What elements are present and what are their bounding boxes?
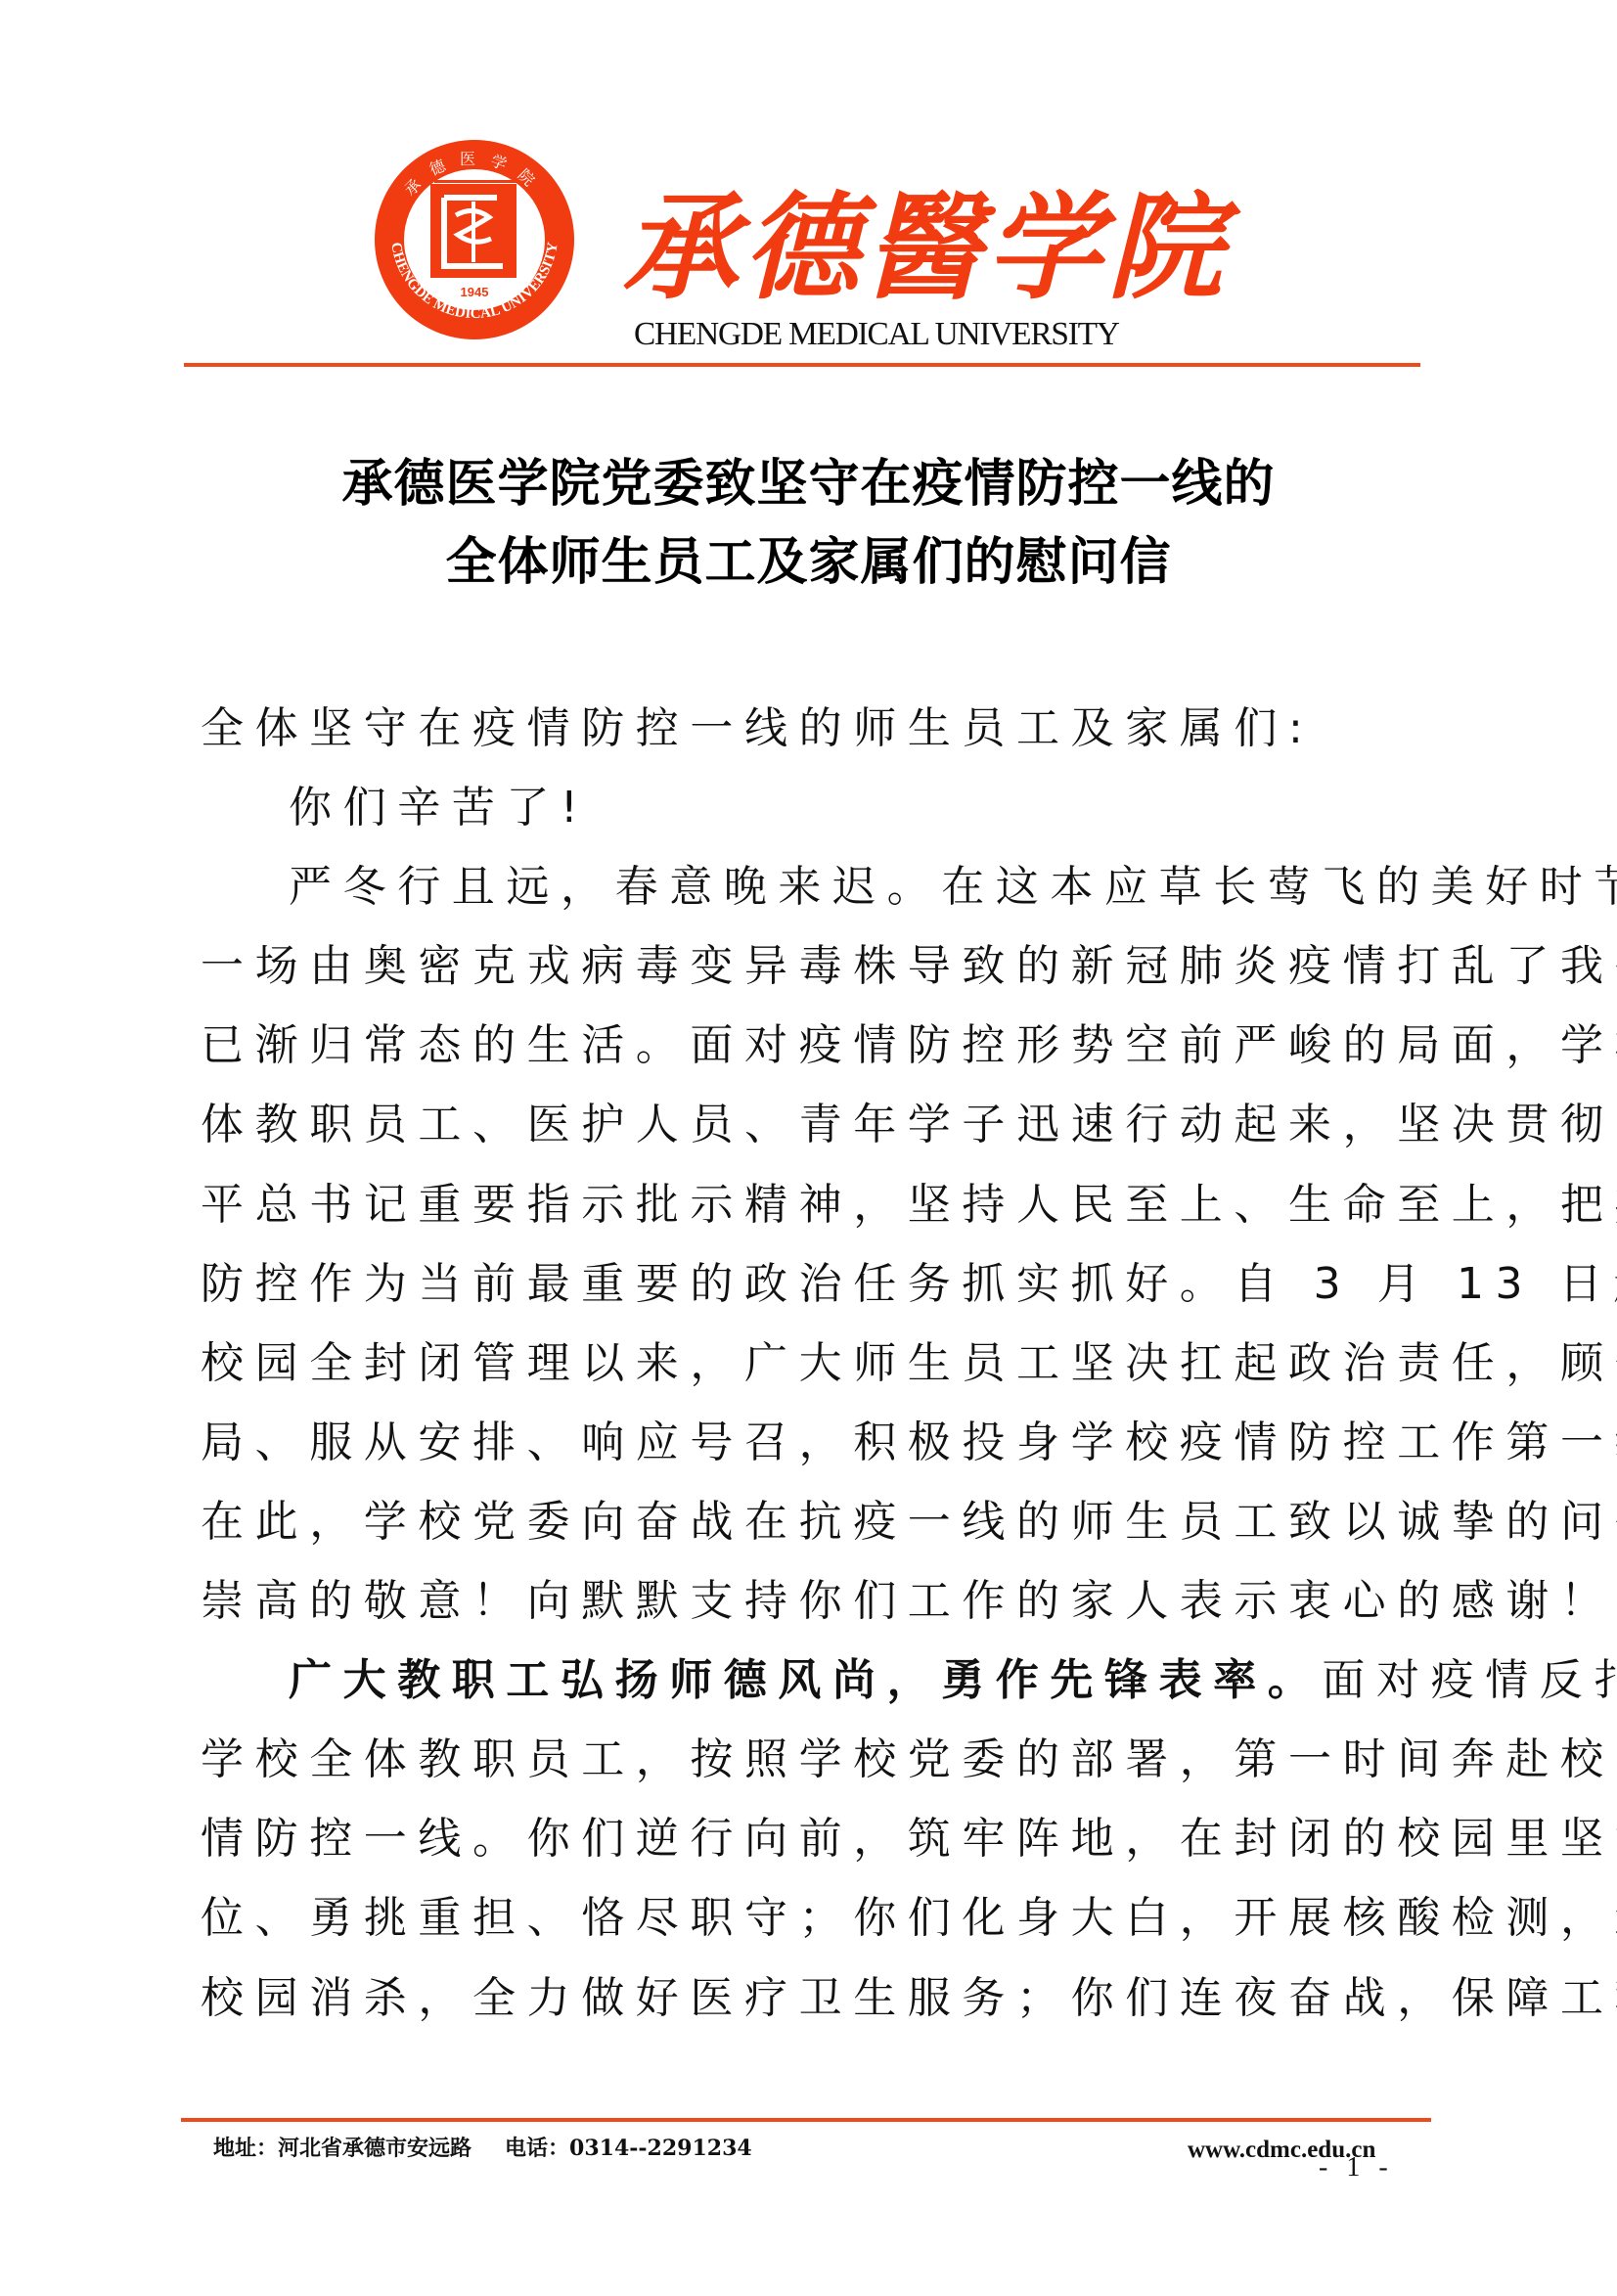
phone-label: 电话： [505,2136,569,2161]
phone: 0314--2291234 [569,2136,752,2161]
body-line: 崇高的敬意！向默默支持你们工作的家人表示衷心的感谢！ [201,1569,1423,1648]
body-line: 学校全体教职员工，按照学校党委的部署，第一时间奔赴校园疫 [201,1728,1423,1807]
university-name-cn: 承德醫学院 [622,176,1190,318]
section-heading: 广大教职工弘扬师德风尚，勇作先锋表率。 [289,1655,1322,1705]
body-line: 体教职员工、医护人员、青年学子迅速行动起来，坚决贯彻习近 [201,1093,1423,1172]
university-name-en: CHENGDE MEDICAL UNIVERSITY [634,315,1171,354]
letter-body: 全体坚守在疫情防控一线的师生员工及家属们: 你们辛苦了! 严冬行且远，春意晚来迟… [201,697,1423,2046]
university-seal-logo: 1945 承德医学院 CHENGDE MEDICAL UNIVERSITY [372,137,577,342]
greeting: 你们辛苦了! [201,776,1423,855]
footer-divider [181,2118,1431,2122]
body-line: 局、服从安排、响应号召，积极投身学校疫情防控工作第一线。 [201,1411,1423,1490]
address-label: 地址： [213,2136,278,2161]
address: 河北省承德市安远路 [278,2136,472,2161]
body-line: 已渐归常态的生活。面对疫情防控形势空前严峻的局面，学校全 [201,1013,1423,1093]
body-line: 校园全封闭管理以来，广大师生员工坚决扛起政治责任，顾全大 [201,1331,1423,1411]
salutation: 全体坚守在疫情防控一线的师生员工及家属们: [201,697,1423,776]
body-line: 位、勇挑重担、恪尽职守；你们化身大白，开展核酸检测，进行 [201,1886,1423,1965]
letter-page: 1945 承德医学院 CHENGDE MEDICAL UNIVERSITY 承德… [0,0,1617,2296]
body-line: 在此，学校党委向奋战在抗疫一线的师生员工致以诚挚的问候和 [201,1490,1423,1569]
page-number: - 1 - [1319,2152,1416,2183]
letter-title-line2: 全体师生员工及家属们的慰问信 [0,530,1617,595]
body-line: 严冬行且远，春意晚来迟。在这本应草长莺飞的美好时节， [201,855,1423,934]
body-line: 防控作为当前最重要的政治任务抓实抓好。自 3 月 13 日起实施 [201,1252,1423,1331]
body-line: 广大教职工弘扬师德风尚，勇作先锋表率。面对疫情反扑， [201,1648,1423,1728]
body-line: 一场由奥密克戎病毒变异毒株导致的新冠肺炎疫情打乱了我们 [201,934,1423,1013]
body-line: 校园消杀，全力做好医疗卫生服务；你们连夜奋战，保障工程进 [201,1966,1423,2046]
footer-contact: 地址：河北省承德市安远路电话：0314--2291234 [213,2135,752,2162]
letter-title-line1: 承德医学院党委致坚守在疫情防控一线的 [0,452,1617,517]
svg-text:1945: 1945 [461,285,489,299]
body-line: 情防控一线。你们逆行向前，筑牢阵地，在封闭的校园里坚守岗 [201,1807,1423,1886]
header-divider [184,363,1420,367]
body-line: 平总书记重要指示批示精神，坚持人民至上、生命至上，把疫情 [201,1173,1423,1252]
